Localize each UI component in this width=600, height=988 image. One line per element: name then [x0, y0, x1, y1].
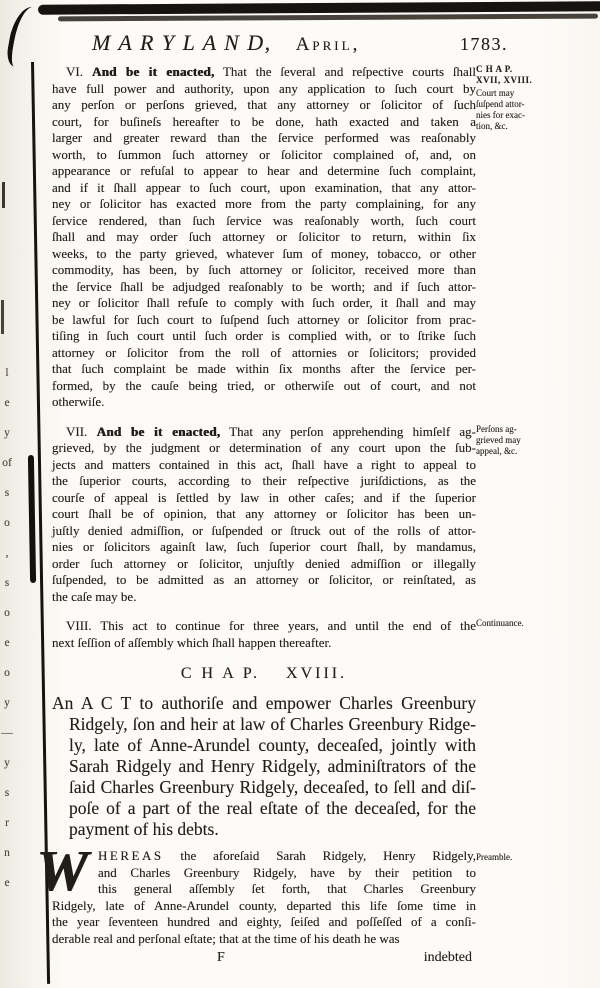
page-edge-fragments: leyofso,soeoy—ysrne [0, 358, 14, 898]
text-line: — [0, 718, 14, 748]
text-line: HEREAS the aforeſaid Sarah Ridgely, Henr… [52, 848, 476, 865]
text-line: ſuſpended, to be admitted as an attorney… [52, 572, 476, 589]
text-line: otherwiſe. [52, 394, 476, 411]
section-vii-lines: grieved, by the judgment or determinatio… [52, 440, 476, 605]
preamble-paragraph: W HEREAS the aforeſaid Sarah Ridgely, He… [52, 848, 476, 947]
enacting-phrase: And be it enacted, [97, 424, 221, 439]
text-line: o [0, 658, 14, 688]
section-vi-paragraph: VI. And be it enacted, That the ſeveral … [52, 64, 476, 411]
text-line: and Charles Greenbury Ridgely, have by t… [52, 865, 476, 882]
text-line: VII. And be it enacted, That any perſon … [52, 424, 476, 441]
enacting-phrase: And be it enacted, [92, 64, 215, 79]
text-line: y [0, 418, 14, 448]
text-line: s [0, 478, 14, 508]
text-line: ſaid Charles Greenbury Ridgely, deceaſed… [52, 777, 476, 798]
text-line: the year ſeventeen hundred and eighty, ſ… [52, 914, 476, 931]
text-line: nies for exac- [476, 110, 558, 121]
text-line: and if it ſhall appear to ſuch court, up… [52, 180, 476, 197]
section-vii-paragraph: VII. And be it enacted, That any perſon … [52, 424, 476, 606]
text-line: n [0, 838, 14, 868]
chapter-heading-number: XVIII. [286, 665, 347, 683]
text-line: the caſe may be. [52, 589, 476, 606]
chapter-heading: C H A P. XVIII. [52, 665, 476, 683]
text-line-rest: the aforeſaid Sarah Ridgely, Henry Ridge… [164, 848, 476, 863]
text-line: court, for buſineſs hereafter to be done… [52, 114, 476, 131]
text-line: tion, &c. [476, 121, 558, 132]
running-head-year: 1783. [460, 34, 508, 55]
text-line: that ſuch complaint be made within ſix m… [52, 361, 476, 378]
text-line: XVII, XVIII. [476, 75, 558, 86]
text-line: larger and greater reward than the ſervi… [52, 130, 476, 147]
text-line: the ſervice ſhall be adjudged reaſonably… [52, 279, 476, 296]
margin-note-continuance: Continuance. [476, 618, 558, 629]
section-number: VI. [66, 64, 83, 79]
text-line: the ſuperior courts, according to their … [52, 473, 476, 490]
text-line: attorney or ſolicitor from the roll of a… [52, 345, 476, 362]
text-line: C H A P. [476, 64, 558, 75]
text-line: payment of his debts. [52, 819, 476, 840]
text-line: jects and matters contained in this act,… [52, 457, 476, 474]
text-line: e [0, 868, 14, 898]
running-head-place: M A R Y L A N D, [92, 30, 272, 56]
catch-line: F indebted [52, 950, 476, 968]
margin-note-chap-body: Court mayſuſpend attor-nies for exac-tio… [476, 88, 558, 132]
act-title: An A C T to authoriſe and empower Charle… [52, 693, 476, 840]
text-line: be lawful for ſuch court to ſuſpend ſuch… [52, 312, 476, 329]
running-head: M A R Y L A N D, April, 1783. [52, 30, 508, 56]
text-line: Perſons ag- [476, 424, 558, 435]
text-line: poſe of a part of the real eſtate of the… [52, 798, 476, 819]
text-line: y [0, 688, 14, 718]
text-line: o [0, 508, 14, 538]
text-line: grieved, by the judgment or determinatio… [52, 440, 476, 457]
text-line: nies or ſolicitors againſt law, ſuch ſup… [52, 539, 476, 556]
text-line: worth, to ſummon ſuch attorney or ſolici… [52, 147, 476, 164]
text-line: ney or ſolicitor ſhall refuſe to comply … [52, 295, 476, 312]
text-line: o [0, 598, 14, 628]
text-line: this general aſſembly ſet forth, that Ch… [52, 881, 476, 898]
text-line: ſhall and may order ſuch attorney or ſol… [52, 229, 476, 246]
text-line: r [0, 808, 14, 838]
text-line: s [0, 778, 14, 808]
section-number: VIII. [66, 618, 92, 633]
text-line: weeks, to the party grieved, whatever ſu… [52, 246, 476, 263]
margin-note-preamble: Preamble. [476, 852, 558, 863]
text-line: any perſon or perſons grieved, that any … [52, 97, 476, 114]
text-line: s [0, 568, 14, 598]
text-line: l [0, 358, 14, 388]
page-corner-curl [5, 4, 46, 70]
text-line: courſe of appeal is ſettled by law in ot… [52, 490, 476, 507]
text-line: ſervice rendered, than ſuch ſervice was … [52, 213, 476, 230]
text-line: derable real and perſonal eſtate; that a… [52, 931, 476, 948]
text-line-rest: That the ſeveral and reſpective courts ſ… [223, 64, 476, 79]
text-line-rest: This act to continue for three years, an… [100, 618, 476, 633]
text-column: M A R Y L A N D, April, 1783. VI. And be… [52, 0, 476, 968]
text-line: court ſhall be of opinion, that any atto… [52, 506, 476, 523]
drop-cap-initial: W [36, 848, 98, 896]
text-line: appearance or refuſal to appear to hear … [52, 163, 476, 180]
page-edge-mark [1, 300, 4, 334]
text-line: appeal, &c. [476, 446, 558, 457]
text-line: next ſeſſion of aſſembly which ſhall hap… [52, 635, 476, 652]
text-line: Sarah Ridgely and Henry Ridgely, adminiſ… [52, 756, 476, 777]
chapter-heading-label: C H A P. [181, 665, 260, 683]
section-viii-paragraph: VIII. This act to continue for three yea… [52, 618, 476, 651]
text-line: of [0, 448, 14, 478]
text-line: , [0, 538, 14, 568]
text-line: Court may [476, 88, 558, 99]
binding-gutter-shadow [28, 455, 36, 583]
text-line: e [0, 628, 14, 658]
page-edge-mark [2, 182, 5, 208]
catchword: indebted [424, 950, 472, 966]
text-line: formed, by the cauſe being tried, or oth… [52, 378, 476, 395]
text-line: order ſuch attorney or ſolicitor, unjuſt… [52, 556, 476, 573]
margin-note-appeal: Perſons ag-grieved mayappeal, &c. [476, 424, 558, 457]
margin-note-chap: C H A P.XVII, XVIII. Court mayſuſpend at… [476, 64, 558, 132]
text-line: ſuſpend attor- [476, 99, 558, 110]
text-line-rest: That any perſon apprehending himſelf ag- [229, 424, 476, 439]
section-number: VII. [66, 424, 87, 439]
section-viii-lines: next ſeſſion of aſſembly which ſhall hap… [52, 635, 476, 652]
text-line: VI. And be it enacted, That the ſeveral … [52, 64, 476, 81]
text-line: juſtly denied admiſſion, or ſuſpended or… [52, 523, 476, 540]
text-line: An A C T to authoriſe and empower Charle… [52, 693, 476, 714]
text-line: commodity, has been, by ſuch attorney or… [52, 262, 476, 279]
signature-mark: F [217, 950, 225, 966]
whereas-caps: HEREAS [98, 848, 164, 863]
preamble-lines: and Charles Greenbury Ridgely, have by t… [52, 865, 476, 948]
section-vi-lines: have full power and authority, upon any … [52, 81, 476, 411]
text-line: y [0, 748, 14, 778]
text-line: have full power and authority, upon any … [52, 81, 476, 98]
text-line: grieved may [476, 435, 558, 446]
margin-note-chap-heading: C H A P.XVII, XVIII. [476, 64, 558, 86]
text-line: VIII. This act to continue for three yea… [52, 618, 476, 635]
running-head-month: April, [296, 34, 361, 56]
text-line: ney or ſolicitor has exacted more from t… [52, 196, 476, 213]
text-line: Ridgely, ſon and heir at law of Charles … [52, 714, 476, 735]
book-page-scan: leyofso,soeoy—ysrne M A R Y L A N D, Apr… [0, 0, 600, 988]
text-line: e [0, 388, 14, 418]
text-line: Ridgely, late of Anne-Arundel county, de… [52, 898, 476, 915]
text-line: ly, late of Anne-Arundel county, deceaſe… [52, 735, 476, 756]
text-line: tiſing in ſuch court until ſuch order is… [52, 328, 476, 345]
